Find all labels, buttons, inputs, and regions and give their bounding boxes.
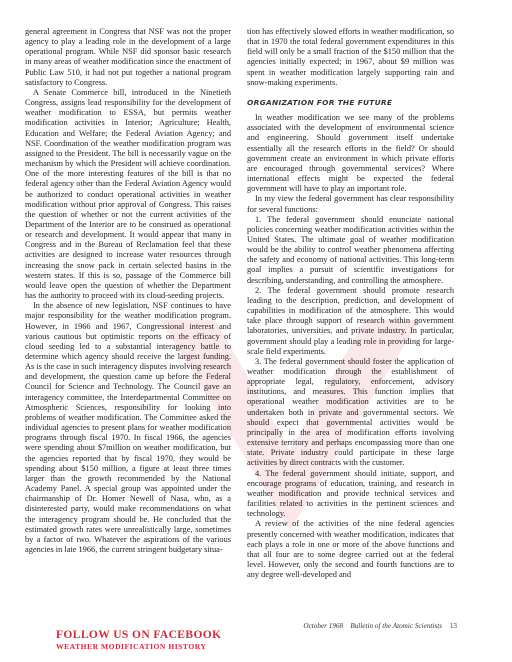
- paragraph: A review of the activities of the nine f…: [247, 519, 454, 580]
- paragraph: 4. The federal government should initiat…: [247, 469, 454, 520]
- page-footer: October 1968 Bulletin of the Atomic Scie…: [280, 622, 457, 630]
- left-column: general agreement in Congress that NSF w…: [25, 27, 231, 555]
- paragraph: 3. The federal government should foster …: [247, 357, 454, 469]
- page-number: 13: [450, 622, 457, 630]
- paragraph: 2. The federal government should promote…: [247, 286, 454, 357]
- facebook-promo[interactable]: FOLLOW US ON FACEBOOK WEATHER MODIFICATI…: [56, 630, 221, 650]
- paragraph: In my view the federal government has cl…: [247, 194, 454, 214]
- paragraph: tion has effectively slowed efforts in w…: [247, 27, 454, 88]
- footer-date: October 1968: [303, 622, 343, 630]
- footer-publication: Bulletin of the Atomic Scientists: [350, 622, 442, 630]
- right-column: tion has effectively slowed efforts in w…: [247, 27, 454, 580]
- promo-line-2[interactable]: WEATHER MODIFICATION HISTORY: [56, 643, 221, 651]
- paragraph: In weather modification we see many of t…: [247, 113, 454, 194]
- paragraph: A Senate Commerce bill, introduced in th…: [25, 88, 231, 301]
- paragraph: 1. The federal government should enuncia…: [247, 215, 454, 286]
- paragraph: In the absence of new legislation, NSF c…: [25, 301, 231, 555]
- paragraph: general agreement in Congress that NSF w…: [25, 27, 231, 88]
- promo-line-1[interactable]: FOLLOW US ON FACEBOOK: [56, 630, 221, 642]
- section-heading: ORGANIZATION FOR THE FUTURE: [247, 98, 454, 108]
